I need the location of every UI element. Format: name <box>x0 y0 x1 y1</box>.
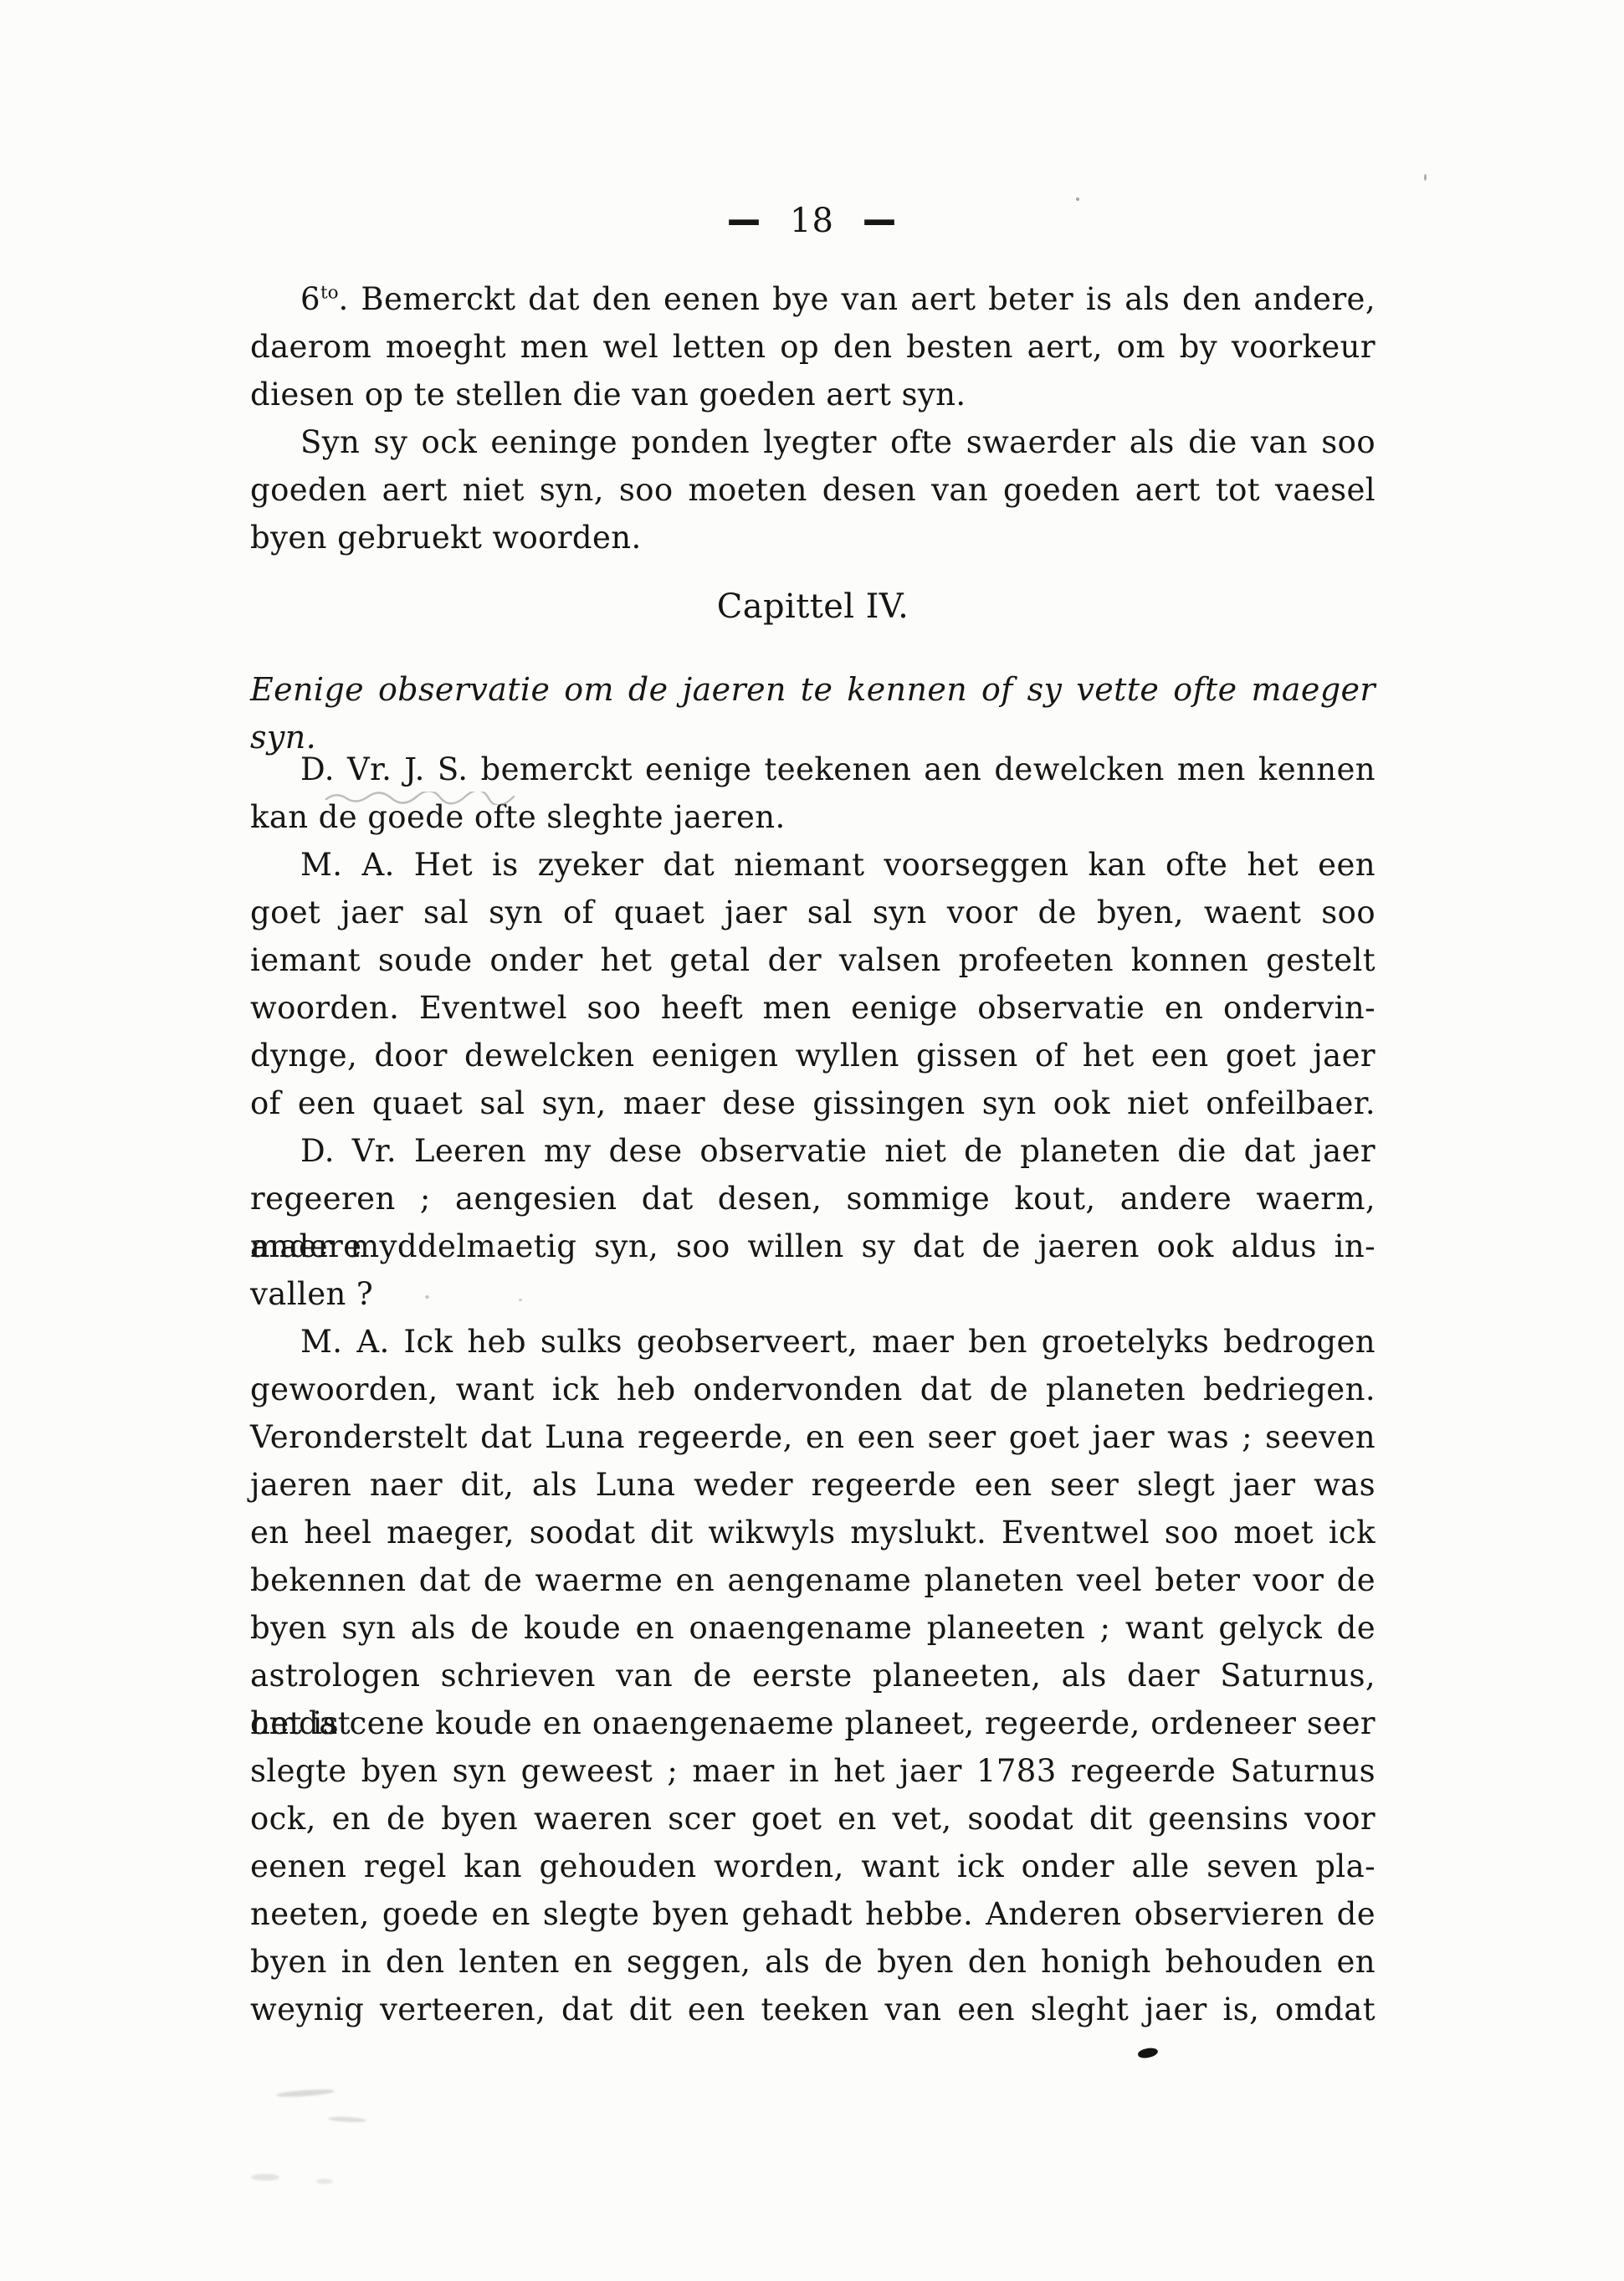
text-line: ock, en de byen waeren scer goet en vet,… <box>250 1795 1376 1843</box>
text-line: 6to. Bemerckt dat den eenen bye van aert… <box>250 275 1376 323</box>
chapter-subtitle: Eenige observatie om de jaeren te kennen… <box>250 666 1376 714</box>
text-line: slegte byen syn geweest ; maer in het ja… <box>250 1747 1376 1795</box>
pencil-smudge <box>276 2089 335 2099</box>
text-line: M. A. Het is zyeker dat niemant voorsegg… <box>250 841 1376 889</box>
text-line: en heel maeger, soodat dit wikwyls myslu… <box>250 1509 1376 1556</box>
ink-speck <box>1424 174 1427 181</box>
text-line: weynig verteeren, dat dit een teeken van… <box>250 1986 1376 2033</box>
ink-blot <box>1137 2047 1159 2060</box>
text-line: astrologen schrieven van de eerste plane… <box>250 1652 1376 1699</box>
text-line: maer myddelmaetig syn, soo willen sy dat… <box>250 1223 1376 1270</box>
text-line: neeten, goede en slegte byen gehadt hebb… <box>250 1890 1376 1938</box>
text-line: D. Vr. Leeren my dese observatie niet de… <box>250 1127 1376 1175</box>
scanned-book-page: —18— 6to. Bemerckt dat den eenen bye van… <box>0 0 1624 2281</box>
superscript-text: to <box>320 283 339 304</box>
text-line: gewoorden, want ick heb ondervonden dat … <box>250 1366 1376 1413</box>
text-line: jaeren naer dit, als Luna weder regeerde… <box>250 1461 1376 1509</box>
text-line: iemant soude onder het getal der valsen … <box>250 936 1376 984</box>
text-fragment: . Bemerckt dat den eenen bye van aert be… <box>339 281 1376 317</box>
text-line: Veronderstelt dat Luna regeerde, en een … <box>250 1413 1376 1461</box>
text-line: diesen op te stellen die van goeden aert… <box>250 371 1376 418</box>
text-line: of een quaet sal syn, maer dese gissinge… <box>250 1079 1376 1127</box>
text-line: goet jaer sal syn of quaet jaer sal syn … <box>250 889 1376 936</box>
text-line: eenen regel kan gehouden worden, want ic… <box>250 1843 1376 1890</box>
text-line: woorden. Eventwel soo heeft men eenige o… <box>250 984 1376 1032</box>
text-line: vallen ? <box>250 1270 1376 1318</box>
page-header: —18— <box>0 201 1624 240</box>
page-number: 18 <box>790 202 834 240</box>
ink-speck <box>1349 959 1351 961</box>
text-line: D. Vr. J. S. bemerckt eenige teekenen ae… <box>250 746 1376 793</box>
text-line: Syn sy ock eeninge ponden lyegter ofte s… <box>250 418 1376 466</box>
text-line: bekennen dat de waerme en aengename plan… <box>250 1556 1376 1604</box>
ink-speck <box>519 1299 522 1301</box>
text-fragment: 6 <box>300 281 320 317</box>
text-line: dynge, door dewelcken eenigen wyllen gis… <box>250 1032 1376 1079</box>
text-line: byen syn als de koude en onaengename pla… <box>250 1604 1376 1652</box>
chapter-heading: Capittel IV. <box>250 583 1376 631</box>
text-block: 6to. Bemerckt dat den eenen bye van aert… <box>250 275 1376 2033</box>
text-line: byen in den lenten en seggen, als de bye… <box>250 1938 1376 1986</box>
pencil-smudge <box>251 2174 279 2181</box>
header-right-dash: — <box>863 192 897 247</box>
header-left-dash: — <box>727 192 761 247</box>
ink-speck <box>1076 197 1079 201</box>
ink-speck <box>425 1295 429 1299</box>
text-line: regeeren ; aengesien dat desen, sommige … <box>250 1175 1376 1223</box>
pencil-smudge <box>328 2116 366 2123</box>
text-line: het is cene koude en onaengenaeme planee… <box>250 1699 1376 1747</box>
pencil-underline-mark <box>325 792 517 805</box>
text-line: M. A. Ick heb sulks geobserveert, maer b… <box>250 1318 1376 1366</box>
text-line: daerom moeght men wel letten op den best… <box>250 323 1376 371</box>
text-line: goeden aert niet syn, soo moeten desen v… <box>250 466 1376 514</box>
text-line: byen gebruekt woorden. <box>250 514 1376 561</box>
pencil-smudge <box>316 2179 333 2184</box>
